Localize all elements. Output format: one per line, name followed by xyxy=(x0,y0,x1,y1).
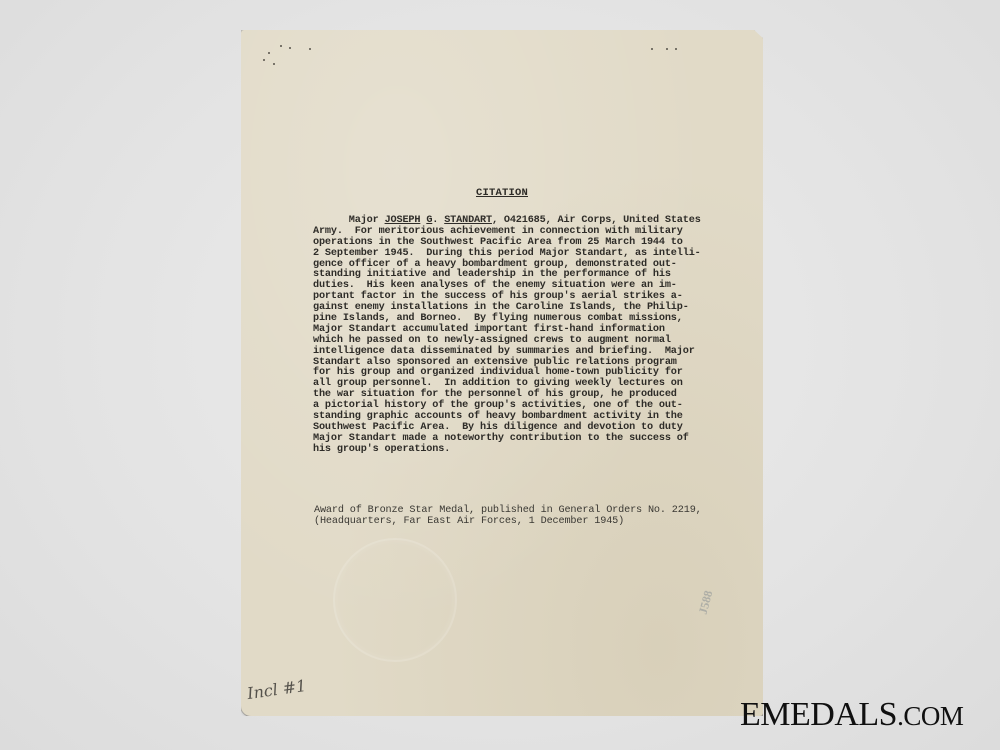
paper-speck xyxy=(289,47,291,49)
citation-body: Major JOSEPH G. STANDART, O421685, Air C… xyxy=(313,216,753,456)
embossed-seal xyxy=(333,538,457,662)
paper-speck xyxy=(651,48,653,50)
award-reference: Award of Bronze Star Medal, published in… xyxy=(314,505,754,527)
watermark-logo: EMEDALS.COM xyxy=(740,696,963,734)
paper-speck xyxy=(263,59,265,61)
paper-speck xyxy=(268,52,270,54)
paper-speck xyxy=(675,48,677,50)
paper-speck xyxy=(273,63,275,65)
citation-line: intelligence data disseminated by summar… xyxy=(313,347,753,358)
award-line: Award of Bronze Star Medal, published in… xyxy=(314,505,754,516)
award-line: (Headquarters, Far East Air Forces, 1 De… xyxy=(314,516,754,527)
citation-line: his group's operations. xyxy=(313,445,753,456)
citation-document: CITATION Major JOSEPH G. STANDART, O4216… xyxy=(241,30,763,716)
watermark-brand: EMEDALS xyxy=(740,696,897,733)
paper-speck xyxy=(666,48,668,50)
citation-line: 2 September 1945. During this period Maj… xyxy=(313,249,753,260)
document-title: CITATION xyxy=(241,187,763,199)
paper-speck xyxy=(309,48,311,50)
watermark-suffix: .COM xyxy=(897,701,963,731)
faint-stamp: J588 xyxy=(696,589,717,616)
paper-speck xyxy=(280,45,282,47)
handwritten-note: Incl #1 xyxy=(246,676,307,703)
